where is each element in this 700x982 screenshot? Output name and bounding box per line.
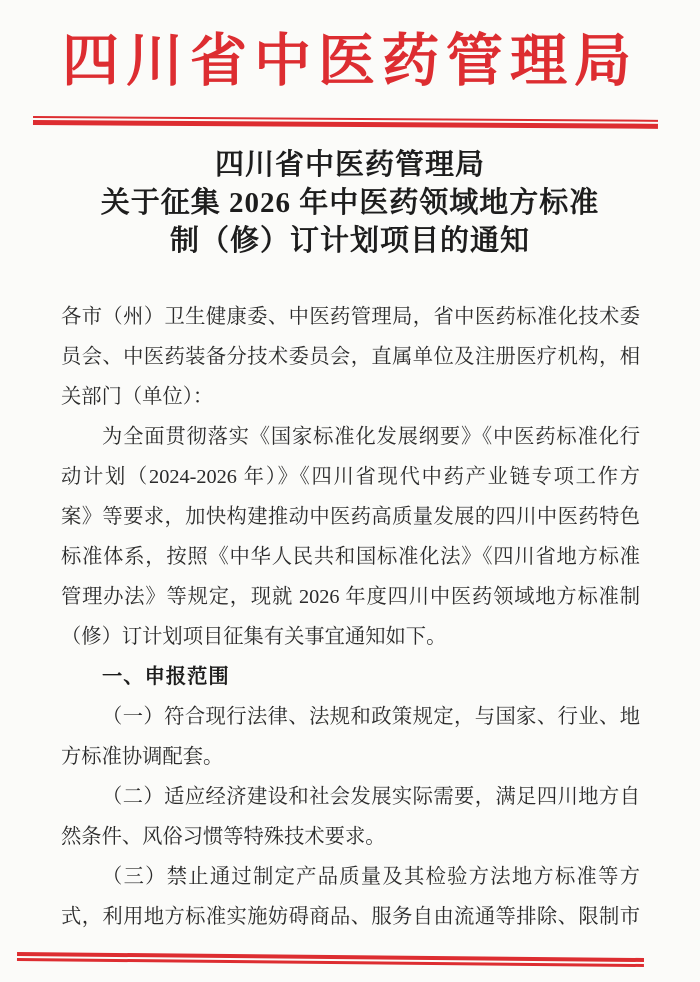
body-line: （一）符合现行法律、法规和政策规定，与国家、行业、地 bbox=[61, 697, 640, 737]
body-line: 方标准协调配套。 bbox=[61, 737, 640, 777]
document-page: 四川省中医药管理局 四川省中医药管理局 关于征集 2026 年中医药领域地方标准… bbox=[0, 0, 700, 982]
body-line: 为全面贯彻落实《国家标准化发展纲要》《中医药标准化行 bbox=[61, 417, 640, 457]
body-line: （修）订计划项目征集有关事宜通知如下。 bbox=[61, 617, 640, 657]
body-line: 案》等要求，加快构建推动中医药高质量发展的四川中医药特色 bbox=[61, 497, 640, 537]
header-separator-thick-rule bbox=[33, 120, 658, 129]
document-title-line-2: 关于征集 2026 年中医药领域地方标准 bbox=[0, 184, 700, 222]
document-title-line-3: 制（修）订计划项目的通知 bbox=[0, 222, 700, 260]
document-title: 四川省中医药管理局 关于征集 2026 年中医药领域地方标准 制（修）订计划项目… bbox=[0, 146, 700, 260]
body-line: 动计划（2024-2026 年）》《四川省现代中药产业链专项工作方 bbox=[61, 457, 640, 497]
document-title-line-1: 四川省中医药管理局 bbox=[0, 146, 700, 184]
body-line: 各市（州）卫生健康委、中医药管理局，省中医药标准化技术委 bbox=[61, 297, 640, 337]
document-body: 各市（州）卫生健康委、中医药管理局，省中医药标准化技术委 员会、中医药装备分技术… bbox=[61, 297, 640, 937]
body-line: 然条件、风俗习惯等特殊技术要求。 bbox=[61, 817, 640, 857]
body-line: （三）禁止通过制定产品质量及其检验方法地方标准等方 bbox=[61, 857, 640, 897]
body-line: 关部门（单位）： bbox=[61, 377, 640, 417]
body-line: 式，利用地方标准实施妨碍商品、服务自由流通等排除、限制市 bbox=[61, 897, 640, 937]
body-line: 标准体系，按照《中华人民共和国标准化法》《四川省地方标准 bbox=[61, 537, 640, 577]
section-heading: 一、申报范围 bbox=[61, 657, 640, 697]
header-separator bbox=[33, 116, 658, 129]
footer-separator bbox=[17, 952, 644, 967]
letterhead-title: 四川省中医药管理局 bbox=[0, 18, 700, 106]
body-line: 员会、中医药装备分技术委员会，直属单位及注册医疗机构，相 bbox=[61, 337, 640, 377]
body-line: 管理办法》等规定，现就 2026 年度四川中医药领域地方标准制 bbox=[61, 577, 640, 617]
body-line: （二）适应经济建设和社会发展实际需要，满足四川地方自 bbox=[61, 777, 640, 817]
